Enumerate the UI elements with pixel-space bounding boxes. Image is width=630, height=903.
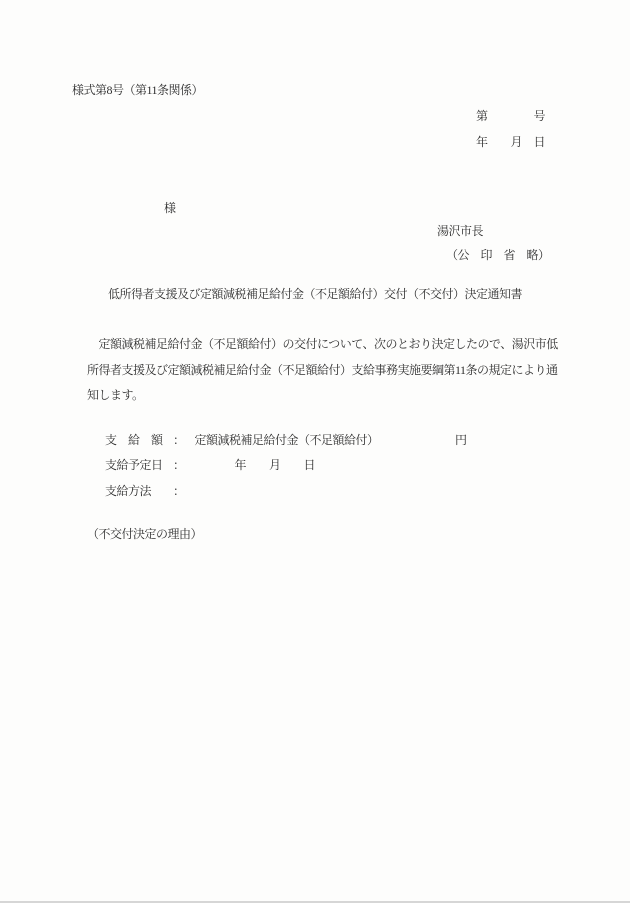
payment-details: 支 給 額：定額減税補足給付金（不足額給付） 円 支給予定日： 年 月 日 支給… bbox=[105, 428, 379, 504]
addressee-honorific: 様 bbox=[164, 201, 176, 215]
payment-amount-label: 支 給 額 bbox=[105, 428, 173, 453]
document-page: 様式第8号（第11条関係） 第 号 年 月 日 様 湯沢市長 （公 印 省 略）… bbox=[0, 0, 630, 903]
payment-amount-value: 定額減税補足給付金（不足額給付） bbox=[195, 433, 379, 447]
body-line: 定額減税補足給付金（不足額給付）の交付について、次のとおり決定したので、湯沢市低 bbox=[87, 332, 558, 358]
sender-name: 湯沢市長 bbox=[437, 224, 483, 238]
colon-separator: ： bbox=[173, 458, 179, 472]
issue-date-line: 年 月 日 bbox=[476, 129, 545, 155]
payment-date-value: 年 月 日 bbox=[189, 458, 316, 472]
payment-date-row: 支給予定日： 年 月 日 bbox=[105, 453, 379, 478]
payment-date-label: 支給予定日 bbox=[105, 453, 173, 478]
form-number: 様式第8号（第11条関係） bbox=[72, 83, 203, 97]
document-title: 低所得者支援及び定額減税補足給付金（不足額給付）交付（不交付）決定通知書 bbox=[0, 287, 630, 301]
colon-separator: ： bbox=[173, 484, 185, 498]
seal-omitted-note: （公 印 省 略） bbox=[446, 248, 550, 262]
issue-number-line: 第 号 bbox=[476, 103, 545, 129]
body-line: 知します。 bbox=[87, 383, 558, 409]
issue-block: 第 号 年 月 日 bbox=[476, 103, 545, 155]
rejection-reason-heading: （不交付決定の理由） bbox=[87, 527, 202, 541]
payment-method-row: 支給方法： bbox=[105, 479, 379, 504]
payment-amount-unit: 円 bbox=[455, 428, 467, 453]
payment-amount-row: 支 給 額：定額減税補足給付金（不足額給付） 円 bbox=[105, 428, 379, 453]
payment-method-label: 支給方法 bbox=[105, 479, 173, 504]
colon-separator: ： bbox=[173, 433, 185, 447]
body-line: 所得者支援及び定額減税補足給付金（不足額給付）支給事務実施要綱第11条の規定によ… bbox=[87, 358, 558, 384]
body-paragraph: 定額減税補足給付金（不足額給付）の交付について、次のとおり決定したので、湯沢市低… bbox=[87, 332, 558, 409]
